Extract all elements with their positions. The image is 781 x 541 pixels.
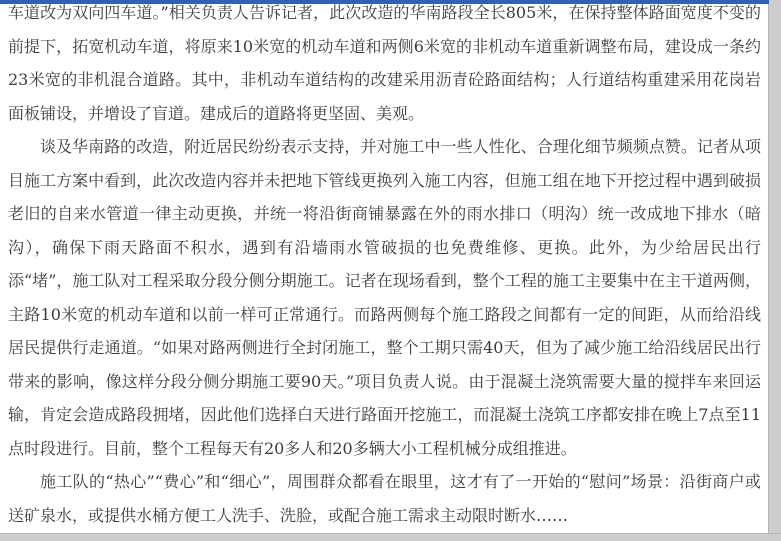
document-page: 车道改为双向四车道。”相关负责人告诉记者，此次改造的华南路段全长805米，在保持…	[0, 0, 769, 534]
top-border-line	[0, 0, 769, 4]
page-right-edge	[768, 0, 781, 541]
paragraph-community-gratitude: 施工队的“热心”“费心”和“细心”，周围群众都看在眼里，这才有了一开始的“慰问”…	[8, 465, 761, 532]
paragraph-road-reconstruction-details: 车道改为双向四车道。”相关负责人告诉记者，此次改造的华南路段全长805米，在保持…	[8, 0, 761, 130]
article-body: 车道改为双向四车道。”相关负责人告诉记者，此次改造的华南路段全长805米，在保持…	[0, 0, 769, 532]
paragraph-resident-support-construction: 谈及华南路的改造，附近居民纷纷表示支持，并对施工中一些人性化、合理化细节频频点赞…	[8, 130, 761, 465]
page-bottom-edge	[0, 533, 781, 541]
